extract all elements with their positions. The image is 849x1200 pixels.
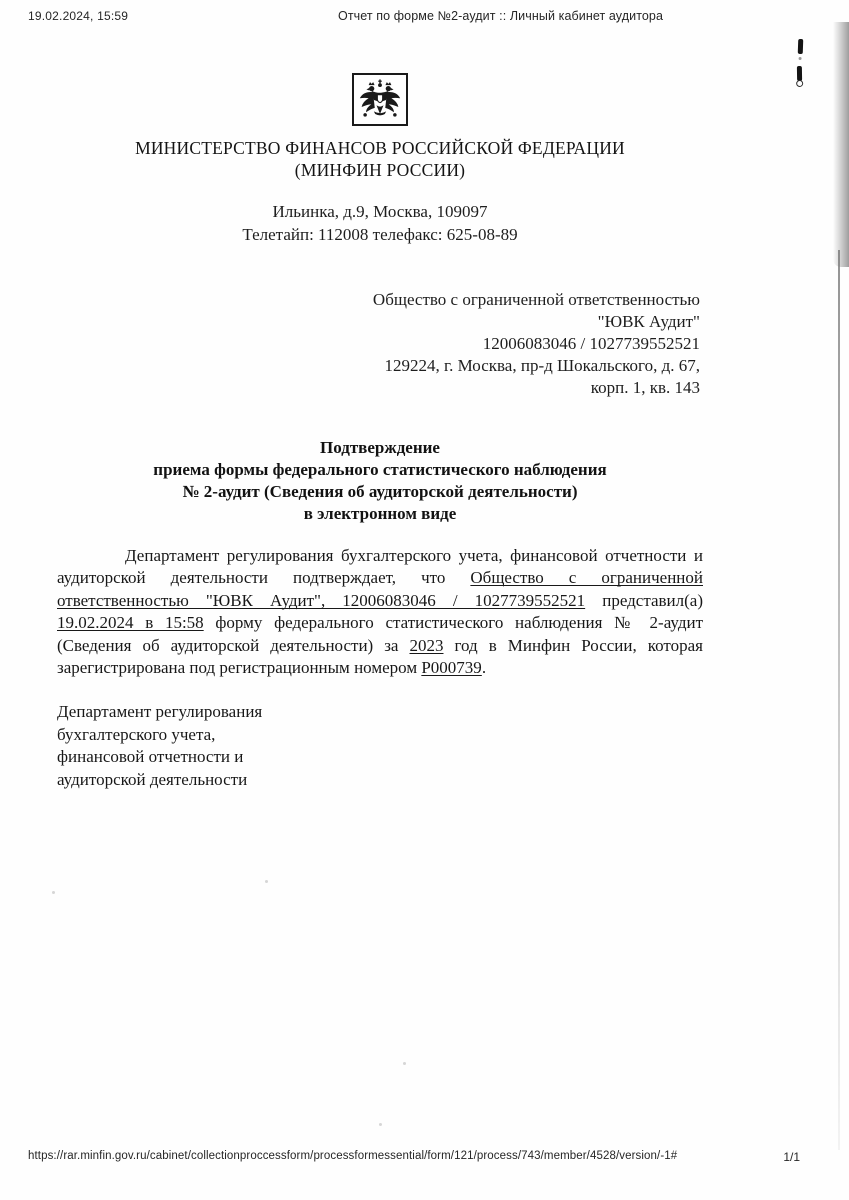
signature-line: Департамент регулирования xyxy=(57,701,262,724)
ministry-line: МИНИСТЕРСТВО ФИНАНСОВ РОССИЙСКОЙ ФЕДЕРАЦ… xyxy=(57,137,703,159)
document-title: Подтверждение приема формы федерального … xyxy=(57,437,703,525)
address-line: Телетайп: 112008 телефакс: 625-08-89 xyxy=(57,224,703,247)
print-footer-page-indicator: 1/1 xyxy=(783,1150,800,1164)
address-line: Ильинка, д.9, Москва, 109097 xyxy=(57,201,703,224)
scan-staple-mark-top xyxy=(798,39,804,54)
signature-line: аудиторской деятельности xyxy=(57,769,262,792)
print-footer-url: https://rar.minfin.gov.ru/cabinet/collec… xyxy=(28,1150,677,1162)
document-title-line: приема формы федерального статистическог… xyxy=(57,459,703,481)
addressee-line: 12006083046 / 1027739552521 xyxy=(240,333,700,355)
body-segment-underlined: 19.02.2024 в 15:58 xyxy=(57,613,204,632)
print-header-doc-title: Отчет по форме №2-аудит :: Личный кабине… xyxy=(338,9,663,23)
document-title-line: в электронном виде xyxy=(57,503,703,525)
print-preview-page: 19.02.2024, 15:59 Отчет по форме №2-ауди… xyxy=(0,0,849,1200)
body-segment-underlined: 2023 xyxy=(409,636,443,655)
addressee-block: Общество с ограниченной ответственностью… xyxy=(240,289,700,399)
addressee-line: "ЮВК Аудит" xyxy=(240,311,700,333)
signature-block: Департамент регулирования бухгалтерского… xyxy=(57,701,262,791)
scan-speck xyxy=(379,1123,382,1126)
ministry-address: Ильинка, д.9, Москва, 109097 Телетайп: 1… xyxy=(57,201,703,246)
ministry-heading: МИНИСТЕРСТВО ФИНАНСОВ РОССИЙСКОЙ ФЕДЕРАЦ… xyxy=(57,137,703,181)
double-headed-eagle-icon xyxy=(357,79,403,121)
coat-of-arms-emblem xyxy=(352,73,408,126)
scan-speck xyxy=(265,880,268,883)
addressee-line: 129224, г. Москва, пр-д Шокальского, д. … xyxy=(240,355,700,377)
document-title-line: Подтверждение xyxy=(57,437,703,459)
scan-edge-line xyxy=(838,250,840,1150)
body-paragraph: Департамент регулирования бухгалтерского… xyxy=(57,545,703,679)
body-segment: представил(а) xyxy=(585,591,703,610)
scan-speck xyxy=(403,1062,406,1065)
body-segment-underlined: Р000739 xyxy=(421,658,481,677)
addressee-line: Общество с ограниченной ответственностью xyxy=(240,289,700,311)
signature-line: финансовой отчетности и xyxy=(57,746,262,769)
document-title-line: № 2-аудит (Сведения об аудиторской деяте… xyxy=(57,481,703,503)
scan-speck xyxy=(52,891,55,894)
addressee-line: корп. 1, кв. 143 xyxy=(240,377,700,399)
scan-staple-mark-bottom xyxy=(797,66,802,81)
print-header-datetime: 19.02.2024, 15:59 xyxy=(28,9,128,23)
signature-line: бухгалтерского учета, xyxy=(57,724,262,747)
scan-edge-shadow xyxy=(833,22,849,267)
ministry-line: (МИНФИН РОССИИ) xyxy=(57,159,703,181)
body-segment: . xyxy=(482,658,486,677)
